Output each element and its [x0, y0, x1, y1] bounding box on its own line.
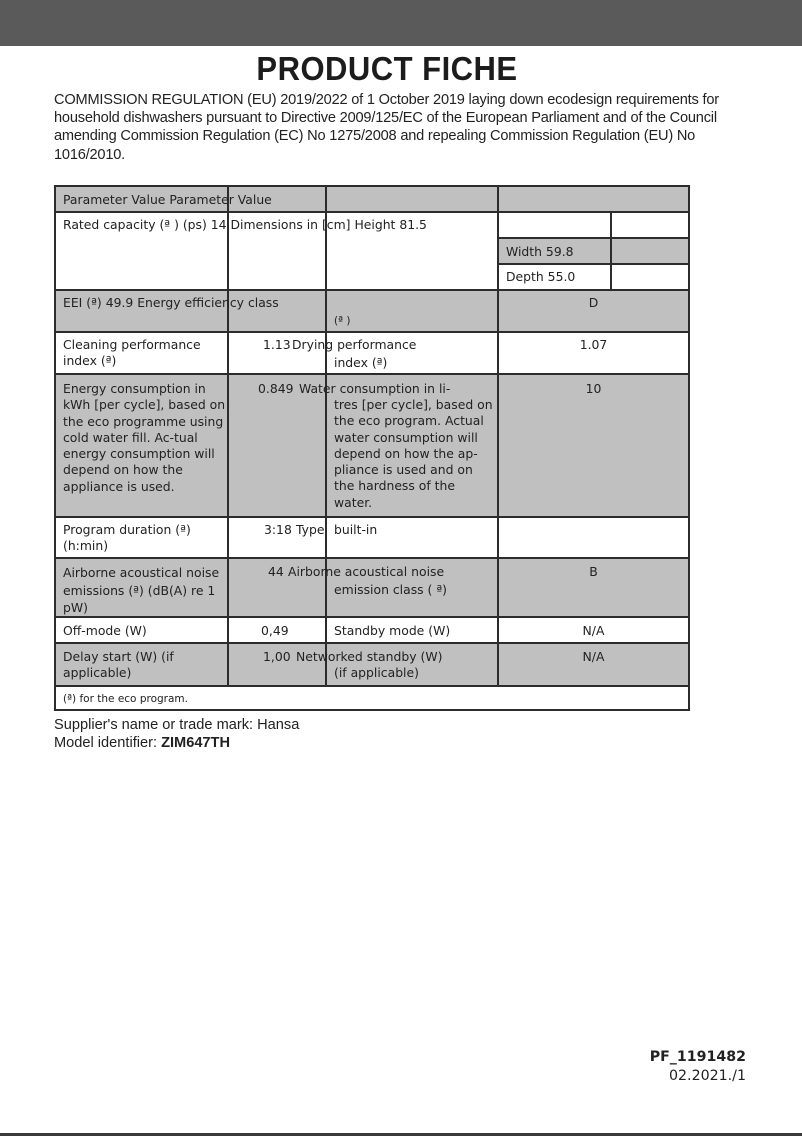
type-label: Type: [296, 522, 324, 538]
off-mode-value: 0,49: [261, 623, 289, 639]
row-divider: [54, 289, 690, 291]
supplier-name: Supplier's name or trade mark: Hansa: [54, 716, 299, 734]
col-divider: [497, 185, 499, 686]
header-text: Parameter Value Parameter Value: [63, 192, 272, 208]
table-border: [54, 185, 690, 187]
drying-label-2: index (ª): [334, 355, 387, 371]
model-value: ZIM647TH: [161, 735, 230, 751]
duration-label: Program duration (ª) (h:min): [63, 522, 223, 555]
energy-value: 0.849: [258, 381, 293, 397]
table-border: [54, 709, 690, 711]
row-divider: [54, 642, 690, 644]
row-divider: [498, 237, 690, 239]
col-divider: [610, 211, 612, 290]
off-mode-label: Off-mode (W): [63, 623, 147, 639]
table-border: [54, 185, 56, 711]
networked-value: N/A: [498, 649, 689, 665]
row-divider: [54, 516, 690, 518]
water-value: 10: [498, 381, 689, 397]
row-divider: [498, 263, 690, 265]
cleaning-label: Cleaning performance index (ª): [63, 337, 223, 370]
energy-class-value: D: [498, 295, 689, 311]
row-divider: [54, 557, 690, 559]
delay-value: 1,00: [263, 649, 291, 665]
noise-class-value: B: [498, 564, 689, 580]
supplier-info: Supplier's name or trade mark: Hansa Mod…: [54, 716, 299, 752]
page-title: PRODUCT FICHE: [23, 50, 751, 88]
row-divider: [54, 331, 690, 333]
footnote: (ª) for the eco program.: [63, 691, 188, 707]
regulation-intro: COMMISSION REGULATION (EU) 2019/2022 of …: [54, 91, 754, 164]
row-divider: [54, 373, 690, 375]
type-value: built-in: [334, 522, 377, 538]
model-label: Model identifier:: [54, 735, 161, 751]
eei-note: (ª ): [334, 313, 350, 329]
standby-label: Standby mode (W): [334, 623, 450, 639]
noise-class-label: Airborne acoustical noise: [288, 564, 444, 580]
depth-value: Depth 55.0: [506, 269, 575, 285]
water-label: Water consumption in li-: [299, 381, 450, 397]
document-footer: PF_1191482 02.2021./1: [650, 1048, 746, 1086]
networked-label-2: (if applicable): [334, 665, 419, 681]
row-divider: [54, 685, 690, 687]
fiche-code: PF_1191482: [650, 1048, 746, 1067]
noise-class-label-2: emission class ( ª): [334, 582, 447, 598]
eei-text: EEI (ª) 49.9 Energy efficiency class: [63, 295, 279, 311]
delay-label: Delay start (W) (if applicable): [63, 649, 183, 682]
duration-value: 3:18: [264, 522, 292, 538]
networked-label: Networked standby (W): [296, 649, 442, 665]
fiche-date: 02.2021./1: [650, 1067, 746, 1086]
col-divider: [325, 185, 327, 686]
width-value: Width 59.8: [506, 244, 574, 260]
drying-label: Drying performance: [292, 337, 416, 353]
noise-value: 44: [268, 564, 284, 580]
standby-value: N/A: [498, 623, 689, 639]
energy-label: Energy consumption in kWh [per cycle], b…: [63, 381, 226, 495]
rated-capacity-text: Rated capacity (ª ) (ps) 14 Dimensions i…: [63, 217, 427, 233]
row-divider: [54, 211, 690, 213]
cleaning-value: 1.13: [263, 337, 291, 353]
drying-value: 1.07: [498, 337, 689, 353]
model-identifier: Model identifier: ZIM647TH: [54, 734, 299, 752]
noise-label: Airborne acoustical noise emissions (ª) …: [63, 564, 228, 617]
top-bar: [0, 0, 802, 46]
water-label-2: tres [per cycle], based on the eco progr…: [334, 397, 496, 511]
